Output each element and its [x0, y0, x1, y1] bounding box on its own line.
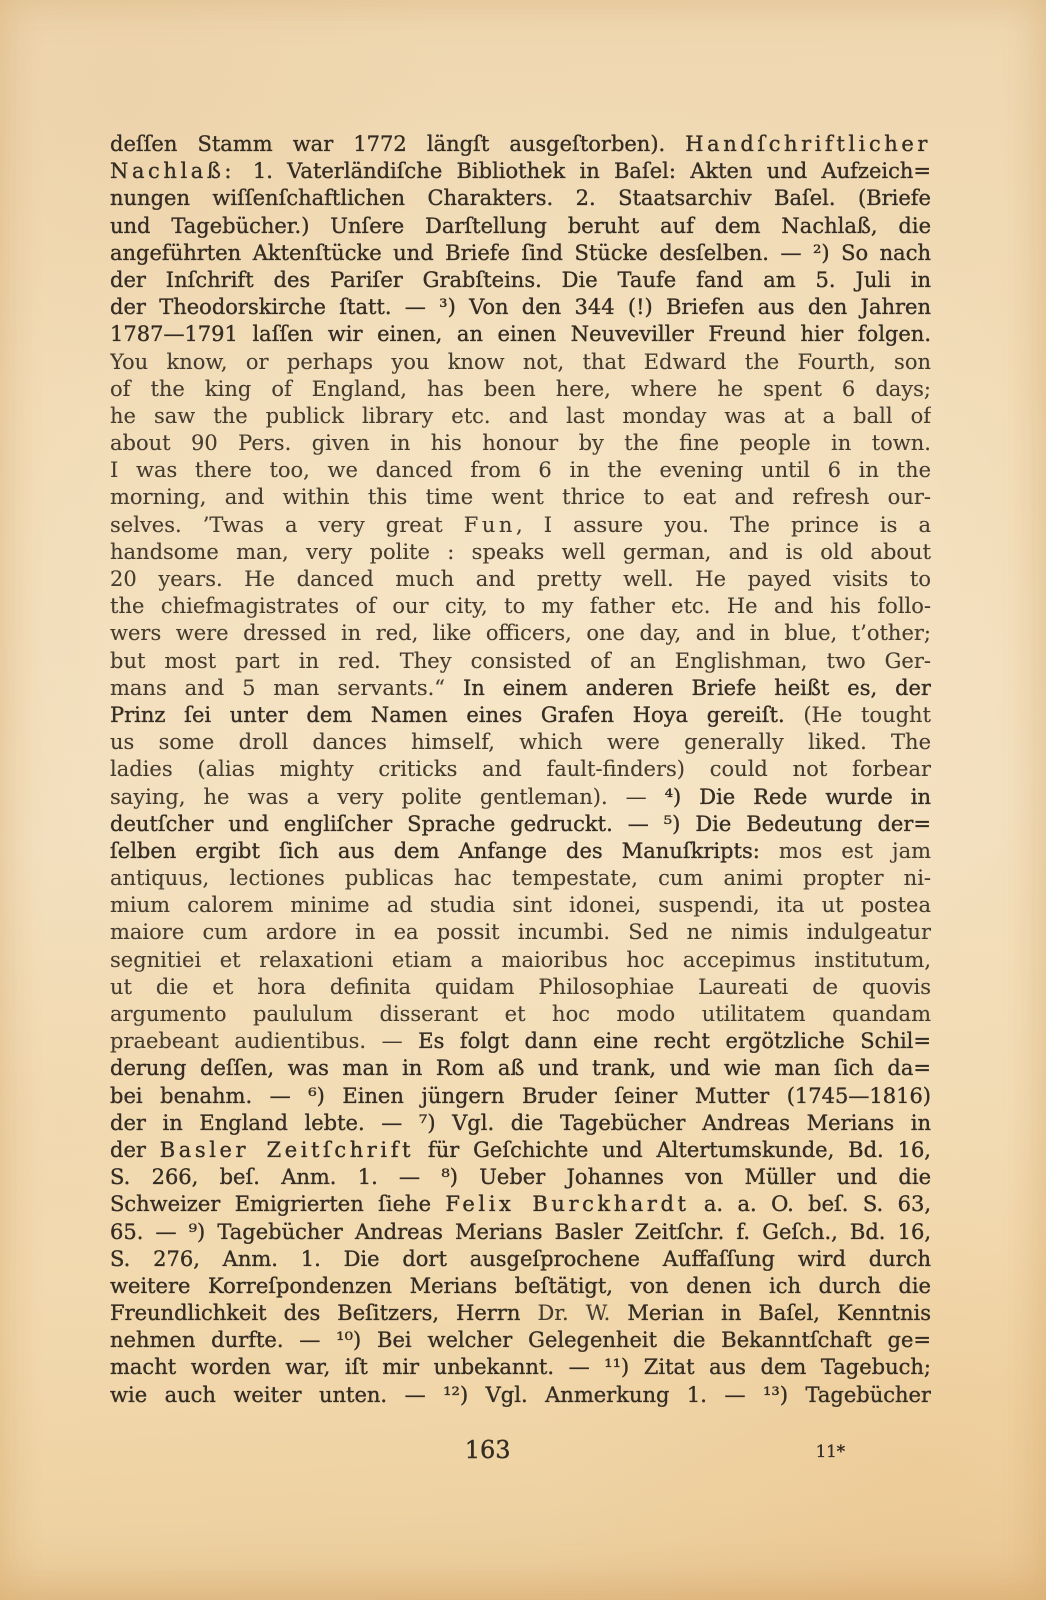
antiqua-text-segment: mans and 5 man servants.“: [110, 676, 463, 700]
text-line: derung deſſen, was man in Rom aß und tra…: [110, 1055, 931, 1082]
text-line: der Theodorskirche ſtatt. — ³) Von den 3…: [110, 294, 931, 321]
antiqua-text-segment: Fun: [464, 513, 516, 537]
text-line: maiore cum ardore in ea possit incumbi. …: [110, 919, 931, 946]
fraktur-text-segment: Basler Zeitſchrift: [160, 1138, 414, 1162]
text-line: nehmen durfte. — ¹⁰) Bei welcher Gelegen…: [110, 1327, 931, 1354]
text-line: nungen wiſſenſchaftlichen Charakters. 2.…: [110, 185, 931, 212]
text-line: ladies (alias mighty criticks and fault-…: [110, 756, 931, 783]
text-line: saying, he was a very polite gentleman).…: [110, 784, 931, 811]
text-line: der Basler Zeitſchrift für Geſchichte un…: [110, 1137, 931, 1164]
text-line: deutſcher und engliſcher Sprache gedruck…: [110, 811, 931, 838]
fraktur-text-segment: Prinz ſei unter dem Namen eines Grafen H…: [110, 703, 803, 727]
fraktur-text-segment: der in England lebte. — ⁷) Vgl. die Tage…: [110, 1111, 931, 1135]
antiqua-text-segment: mos est jam: [779, 839, 931, 863]
antiqua-text-segment: Dr. W.: [537, 1301, 610, 1325]
text-line: mans and 5 man servants.“ In einem ander…: [110, 675, 931, 702]
fraktur-text-segment: S. 266, beſ. Anm. 1. — ⁸) Ueber Johannes…: [110, 1165, 931, 1189]
antiqua-text-segment: the chiefmagistrates of our city, to my …: [110, 594, 931, 618]
antiqua-text-segment: segnitiei et relaxationi etiam a maiorib…: [110, 948, 931, 972]
text-line: deſſen Stamm war 1772 längſt ausgeſtorbe…: [110, 131, 931, 158]
text-line: the chiefmagistrates of our city, to my …: [110, 593, 931, 620]
text-line: wers were dressed in red, like officers,…: [110, 620, 931, 647]
fraktur-text-segment: weitere Korreſpondenzen Merians beſtätig…: [110, 1274, 931, 1298]
text-line: about 90 Pers. given in his honour by th…: [110, 430, 931, 457]
fraktur-text-segment: 1. Vaterländiſche Bibliothek in Baſel: A…: [253, 159, 931, 183]
fraktur-text-segment: deſſen Stamm war 1772 längſt ausgeſtorbe…: [110, 132, 685, 156]
text-line: segnitiei et relaxationi etiam a maiorib…: [110, 947, 931, 974]
text-line: weitere Korreſpondenzen Merians beſtätig…: [110, 1273, 931, 1300]
antiqua-text-segment: handsome man, very polite : speaks well …: [110, 540, 931, 564]
antiqua-text-segment: he saw the publick library etc. and last…: [110, 404, 931, 428]
text-line: und Tagebücher.) Unſere Darſtellung beru…: [110, 213, 931, 240]
antiqua-text-segment: , I assure you. The prince is a: [516, 513, 931, 537]
text-line: Prinz ſei unter dem Namen eines Grafen H…: [110, 702, 931, 729]
antiqua-text-segment: (He tought: [803, 703, 931, 727]
fraktur-text-segment: Felix Burckhardt: [445, 1192, 689, 1216]
text-line: 1787—1791 laſſen wir einen, an einen Neu…: [110, 321, 931, 348]
page-number: 163: [465, 1438, 511, 1462]
text-line: handsome man, very polite : speaks well …: [110, 539, 931, 566]
text-line: S. 276, Anm. 1. Die dort ausgeſprochene …: [110, 1246, 931, 1273]
page-footer: 163 11*: [110, 1438, 931, 1472]
text-line: I was there too, we danced from 6 in the…: [110, 457, 931, 484]
antiqua-text-segment: antiquus, lectiones publicas hac tempest…: [110, 866, 931, 890]
text-line: wie auch weiter unten. — ¹²) Vgl. Anmerk…: [110, 1382, 931, 1409]
text-line: ut die et hora definita quidam Philosoph…: [110, 974, 931, 1001]
text-line: You know, or perhaps you know not, that …: [110, 349, 931, 376]
antiqua-text-segment: maiore cum ardore in ea possit incumbi. …: [110, 920, 931, 944]
fraktur-text-segment: deutſcher und engliſcher Sprache gedruck…: [110, 812, 931, 836]
antiqua-text-segment: ladies (alias mighty criticks and fault-…: [110, 757, 931, 781]
antiqua-text-segment: of the king of England, has been here, w…: [110, 377, 931, 401]
signature-mark: 11*: [816, 1444, 845, 1461]
fraktur-text-segment: der Inſchrift des Pariſer Grabſteins. Di…: [110, 268, 931, 292]
fraktur-text-segment: der: [110, 1138, 160, 1162]
antiqua-text-segment: argumento paululum disserant et hoc modo…: [110, 1002, 931, 1026]
fraktur-text-segment: Schweizer Emigrierten ſiehe: [110, 1192, 445, 1216]
antiqua-text-segment: 20 years. He danced much and pretty well…: [110, 567, 931, 591]
antiqua-text-segment: selves. ’Twas a very great: [110, 513, 464, 537]
text-line: of the king of England, has been here, w…: [110, 376, 931, 403]
antiqua-text-segment: You know, or perhaps you know not, that …: [110, 350, 931, 374]
text-line: 20 years. He danced much and pretty well…: [110, 566, 931, 593]
fraktur-text-segment: Handſchriftlicher: [685, 132, 931, 156]
antiqua-text-segment: wers were dressed in red, like officers,…: [110, 621, 931, 645]
text-line: bei benahm. — ⁶) Einen jüngern Bruder ſe…: [110, 1083, 931, 1110]
fraktur-text-segment: für Geſchichte und Altertumskunde, Bd. 1…: [414, 1138, 931, 1162]
fraktur-text-segment: 65. — ⁹) Tagebücher Andreas Merians Basl…: [110, 1220, 931, 1244]
fraktur-text-segment: nehmen durfte. — ¹⁰) Bei welcher Gelegen…: [110, 1328, 931, 1352]
antiqua-text-segment: I was there too, we danced from 6 in the…: [110, 458, 931, 482]
fraktur-text-segment: Freundlichkeit des Beſitzers, Herrn: [110, 1301, 537, 1325]
text-line: Freundlichkeit des Beſitzers, Herrn Dr. …: [110, 1300, 931, 1327]
antiqua-text-segment: praebeant audientibus. —: [110, 1029, 418, 1053]
text-line: S. 266, beſ. Anm. 1. — ⁸) Ueber Johannes…: [110, 1164, 931, 1191]
fraktur-text-segment: ⁴) Die Rede wurde in: [665, 785, 931, 809]
antiqua-text-segment: saying, he was a very polite gentleman).…: [110, 785, 665, 809]
text-line: but most part in red. They consisted of …: [110, 648, 931, 675]
antiqua-text-segment: but most part in red. They consisted of …: [110, 649, 931, 673]
fraktur-text-segment: Merian in Baſel, Kenntnis: [610, 1301, 931, 1325]
text-line: mium calorem minime ad studia sint idone…: [110, 892, 931, 919]
text-line: argumento paululum disserant et hoc modo…: [110, 1001, 931, 1028]
fraktur-text-segment: der Theodorskirche ſtatt. — ³) Von den 3…: [110, 295, 931, 319]
fraktur-text-segment: nungen wiſſenſchaftlichen Charakters. 2.…: [110, 186, 931, 210]
antiqua-text-segment: mium calorem minime ad studia sint idone…: [110, 893, 931, 917]
fraktur-text-segment: derung deſſen, was man in Rom aß und tra…: [110, 1056, 931, 1080]
fraktur-text-segment: Nachlaß:: [110, 159, 253, 183]
fraktur-text-segment: wie auch weiter unten. — ¹²) Vgl. Anmerk…: [110, 1383, 931, 1407]
text-line: us some droll dances himself, which were…: [110, 729, 931, 756]
text-line: praebeant audientibus. — Es folgt dann e…: [110, 1028, 931, 1055]
text-line: der in England lebte. — ⁷) Vgl. die Tage…: [110, 1110, 931, 1137]
fraktur-text-segment: 1787—1791 laſſen wir einen, an einen Neu…: [110, 322, 931, 346]
text-line: morning, and within this time went thric…: [110, 484, 931, 511]
text-line: antiquus, lectiones publicas hac tempest…: [110, 865, 931, 892]
fraktur-text-segment: In einem anderen Briefe heißt es, der: [463, 676, 931, 700]
text-line: Schweizer Emigrierten ſiehe Felix Burckh…: [110, 1191, 931, 1218]
fraktur-text-segment: a. a. O. beſ. S. 63,: [690, 1192, 931, 1216]
text-line: he saw the publick library etc. and last…: [110, 403, 931, 430]
text-line: ſelben ergibt ſich aus dem Anfange des M…: [110, 838, 931, 865]
antiqua-text-segment: about 90 Pers. given in his honour by th…: [110, 431, 931, 455]
fraktur-text-segment: Es folgt dann eine recht ergötzliche Sch…: [418, 1029, 931, 1053]
text-line: macht worden war, iſt mir unbekannt. — ¹…: [110, 1354, 931, 1381]
fraktur-text-segment: macht worden war, iſt mir unbekannt. — ¹…: [110, 1355, 931, 1379]
fraktur-text-segment: bei benahm. — ⁶) Einen jüngern Bruder ſe…: [110, 1084, 931, 1108]
text-line: der Inſchrift des Pariſer Grabſteins. Di…: [110, 267, 931, 294]
text-line: Nachlaß: 1. Vaterländiſche Bibliothek in…: [110, 158, 931, 185]
text-line: angeführten Aktenſtücke und Briefe ſind …: [110, 240, 931, 267]
fraktur-text-segment: S. 276, Anm. 1. Die dort ausgeſprochene …: [110, 1247, 931, 1271]
antiqua-text-segment: us some droll dances himself, which were…: [110, 730, 931, 754]
fraktur-text-segment: angeführten Aktenſtücke und Briefe ſind …: [110, 241, 931, 265]
page-text-block: deſſen Stamm war 1772 längſt ausgeſtorbe…: [110, 131, 931, 1409]
fraktur-text-segment: ſelben ergibt ſich aus dem Anfange des M…: [110, 839, 779, 863]
antiqua-text-segment: ut die et hora definita quidam Philosoph…: [110, 975, 931, 999]
text-line: 65. — ⁹) Tagebücher Andreas Merians Basl…: [110, 1219, 931, 1246]
text-line: selves. ’Twas a very great Fun, I assure…: [110, 512, 931, 539]
fraktur-text-segment: und Tagebücher.) Unſere Darſtellung beru…: [110, 214, 931, 238]
antiqua-text-segment: morning, and within this time went thric…: [110, 485, 931, 509]
